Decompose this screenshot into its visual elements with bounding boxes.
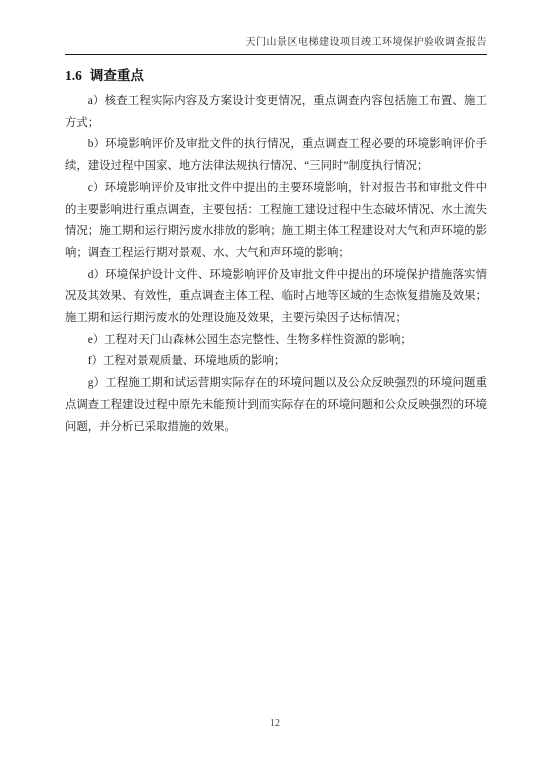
- section-heading: 1.6调查重点: [65, 67, 487, 84]
- paragraph-g: g）工程施工期和试运营期实际存在的环境问题以及公众反映强烈的环境问题重点调查工程…: [65, 373, 487, 438]
- paragraph-f: f）工程对景观质量、环境地质的影响；: [65, 351, 487, 373]
- paragraph-d: d）环境保护设计文件、环境影响评价及审批文件中提出的环境保护措施落实情况及其效果…: [65, 265, 487, 330]
- section-number: 1.6: [65, 68, 82, 83]
- page-header-title: 天门山景区电梯建设项目竣工环境保护验收调查报告: [65, 36, 487, 55]
- paragraph-c: c）环境影响评价及审批文件中提出的主要环境影响，针对报告书和审批文件中的主要影响…: [65, 178, 487, 265]
- paragraph-a: a）核查工程实际内容及方案设计变更情况，重点调查内容包括施工布置、施工方式；: [65, 91, 487, 134]
- section-title: 调查重点: [90, 68, 144, 83]
- paragraph-b: b）环境影响评价及审批文件的执行情况，重点调查工程必要的环境影响评价手续，建设过…: [65, 134, 487, 177]
- page-content: 天门山景区电梯建设项目竣工环境保护验收调查报告 1.6调查重点 a）核查工程实际…: [65, 36, 487, 438]
- document-page: 天门山景区电梯建设项目竣工环境保护验收调查报告 1.6调查重点 a）核查工程实际…: [0, 0, 550, 778]
- paragraph-e: e）工程对天门山森林公园生态完整性、生物多样性资源的影响；: [65, 330, 487, 352]
- body-text: a）核查工程实际内容及方案设计变更情况，重点调查内容包括施工布置、施工方式； b…: [65, 91, 487, 438]
- page-number: 12: [0, 717, 550, 730]
